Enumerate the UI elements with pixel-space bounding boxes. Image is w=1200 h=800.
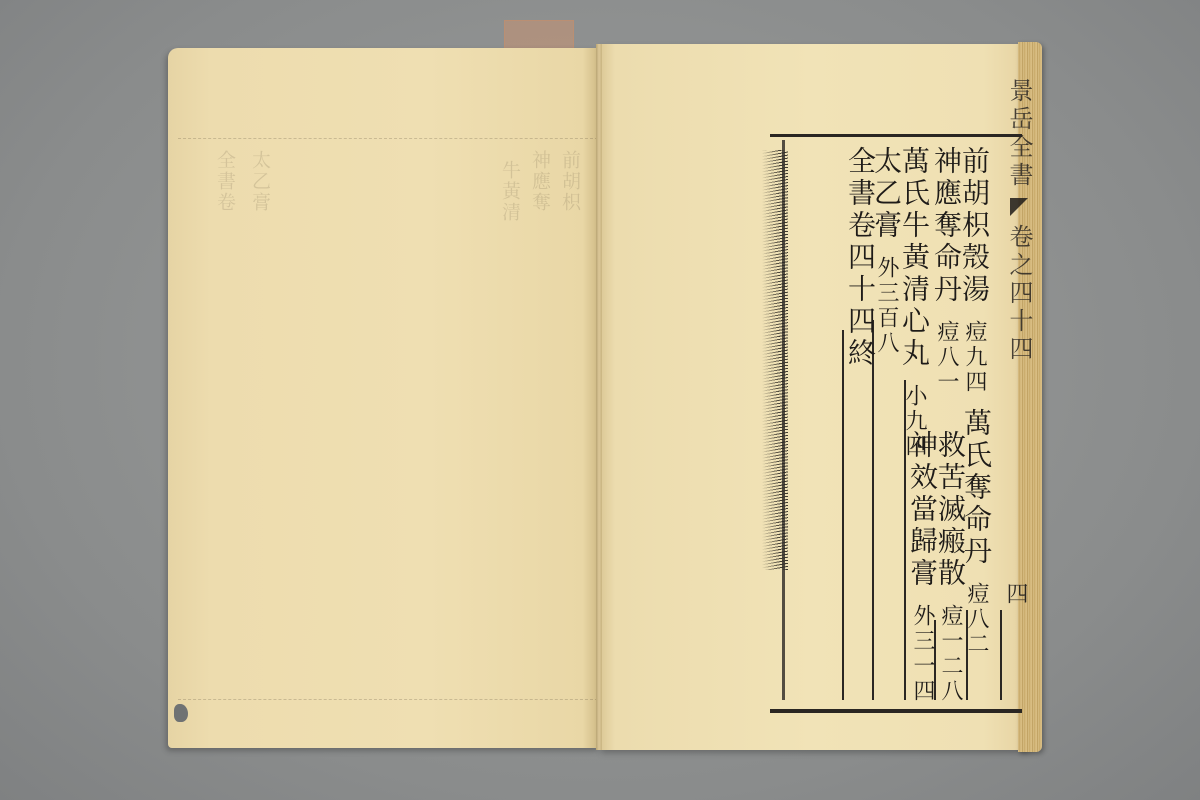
entry-ref: 外三百八 — [874, 256, 899, 356]
column-rule — [842, 330, 844, 700]
ghost-text: 牛黃清 — [500, 160, 519, 223]
entry-ref: 外三一四 — [910, 604, 935, 704]
show-through-frame — [178, 138, 598, 700]
entry-name: 神效當歸膏 — [906, 430, 939, 590]
ghost-text: 太乙膏 — [250, 150, 269, 213]
page-number: 四 — [1000, 582, 1031, 604]
fishtail-mark-icon — [1010, 198, 1028, 216]
text-column-lower: 救苦滅瘢散痘一二八 — [936, 430, 964, 704]
entry-ref: 痘八一 — [934, 320, 959, 395]
closing-line: 全書卷四十四終 — [846, 146, 874, 370]
spine-title: 景岳全書卷之四十四 — [1002, 78, 1037, 364]
entry-name: 神應奪命丹 — [930, 146, 963, 306]
text-column-upper: 神應奪命丹痘八一 — [932, 146, 960, 395]
ghost-text: 前胡枳 — [560, 150, 579, 213]
ghost-text: 神應奪 — [530, 150, 549, 213]
ghost-text: 全書卷 — [215, 150, 234, 213]
column-rule — [1000, 610, 1002, 700]
entry-ref: 痘八二 — [964, 582, 989, 657]
text-column-upper: 前胡枳殼湯痘九四 — [960, 146, 988, 395]
entry-ref: 痘一二八 — [938, 604, 963, 704]
volume-label: 卷之四十四 — [1005, 224, 1033, 364]
column-rule — [872, 320, 874, 700]
book-title: 景岳全書 — [1005, 78, 1033, 190]
entry-ref: 痘九四 — [962, 320, 987, 395]
frame-left-edge — [782, 140, 785, 700]
book-gutter — [596, 44, 602, 750]
text-column-lower: 神效當歸膏外三一四 — [908, 430, 936, 704]
volume-end-text: 全書卷四十四終 — [844, 146, 877, 370]
text-column-upper: 萬氏牛黃清心丸小九四 — [900, 146, 928, 459]
worm-hole — [174, 704, 188, 722]
